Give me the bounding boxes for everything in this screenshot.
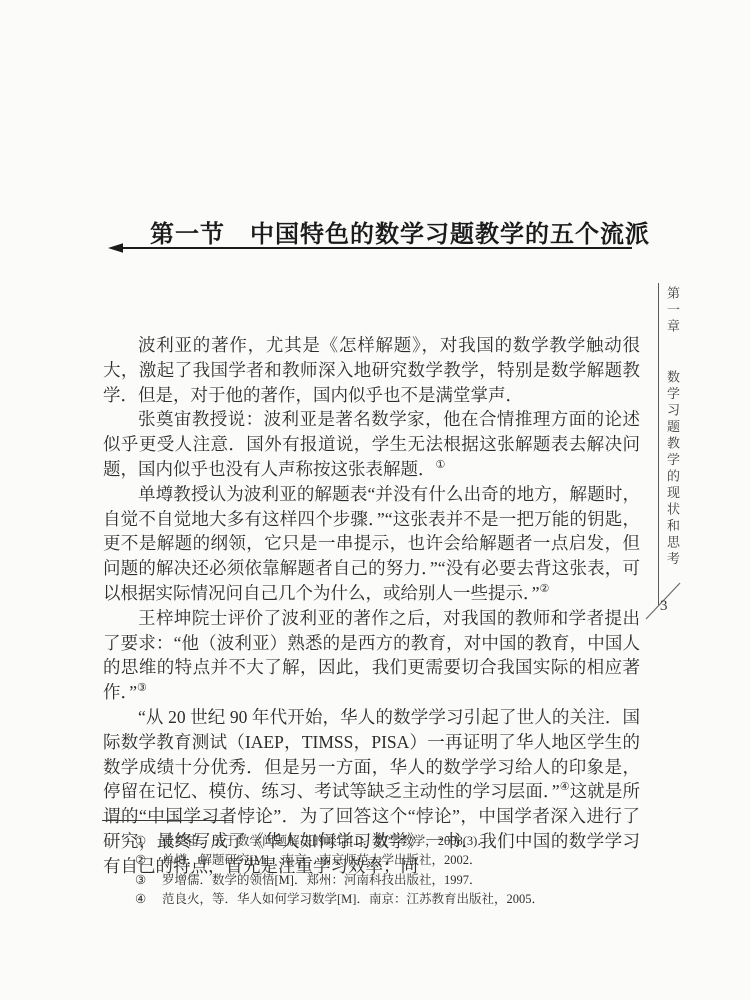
footnotes-list: ①张奠宙．关于数学问题解决的谈话[J]．数学教学，2008(3)．②单墫．解题研…: [135, 832, 640, 909]
sidebar-chapter-label: 第一章: [665, 286, 680, 336]
paragraph: 王梓坤院士评价了波利亚的著作之后，对我国的教师和学者提出了要求：“他（波利亚）熟…: [103, 606, 640, 705]
footnote-text: 单墫．解题研究[M]．南京：南京师范大学出版社，2002．: [162, 851, 640, 870]
paragraph: 波利亚的著作，尤其是《怎样解题》，对我国的数学教学触动很大，激起了我国学者和教师…: [103, 333, 640, 407]
footnote-divider: [102, 820, 233, 821]
footnote-item: ①张奠宙．关于数学问题解决的谈话[J]．数学教学，2008(3)．: [135, 832, 640, 851]
title-underline-graphic: [108, 240, 634, 254]
page-number: 3: [660, 598, 668, 615]
sidebar-chapter: 第一章 数学习题教学的现状和思考: [663, 286, 682, 586]
footnote-number: ②: [135, 851, 162, 870]
paragraph: 单墫教授认为波利亚的解题表“并没有什么出奇的地方，解题时，自觉不自觉地大多有这样…: [103, 482, 640, 606]
sidebar-divider: [658, 283, 659, 605]
footnote-number: ④: [135, 890, 162, 909]
footnote-number: ①: [135, 832, 162, 851]
footnote-item: ②单墫．解题研究[M]．南京：南京师范大学出版社，2002．: [135, 851, 640, 870]
footnote-text: 范良火，等．华人如何学习数学[M]．南京：江苏教育出版社，2005．: [162, 890, 640, 909]
footnote-ref: ①: [436, 459, 446, 471]
footnote-number: ③: [135, 871, 162, 890]
footnote-ref: ②: [540, 583, 550, 595]
footnote-ref: ④: [560, 782, 570, 794]
sidebar-chapter-title: 数学习题教学的现状和思考: [665, 370, 680, 568]
footnote-item: ④范良火，等．华人如何学习数学[M]．南京：江苏教育出版社，2005．: [135, 890, 640, 909]
footnote-item: ③罗增儒．数学的领悟[M]．郑州：河南科技出版社，1997．: [135, 871, 640, 890]
footnote-text: 罗增儒．数学的领悟[M]．郑州：河南科技出版社，1997．: [162, 871, 640, 890]
footnote-ref: ③: [137, 682, 147, 694]
footnote-text: 张奠宙．关于数学问题解决的谈话[J]．数学教学，2008(3)．: [162, 832, 640, 851]
body-paragraphs: 波利亚的著作，尤其是《怎样解题》，对我国的数学教学触动很大，激起了我国学者和教师…: [103, 333, 640, 879]
left-arrow-icon: [108, 243, 123, 253]
book-page: 第一节 中国特色的数学习题教学的五个流派 波利亚的著作，尤其是《怎样解题》，对我…: [0, 0, 750, 1000]
title-underline: [108, 240, 634, 254]
paragraph: 张奠宙教授说：波利亚是著名数学家，他在合情推理方面的论述似乎更受人注意．国外有报…: [103, 407, 640, 481]
